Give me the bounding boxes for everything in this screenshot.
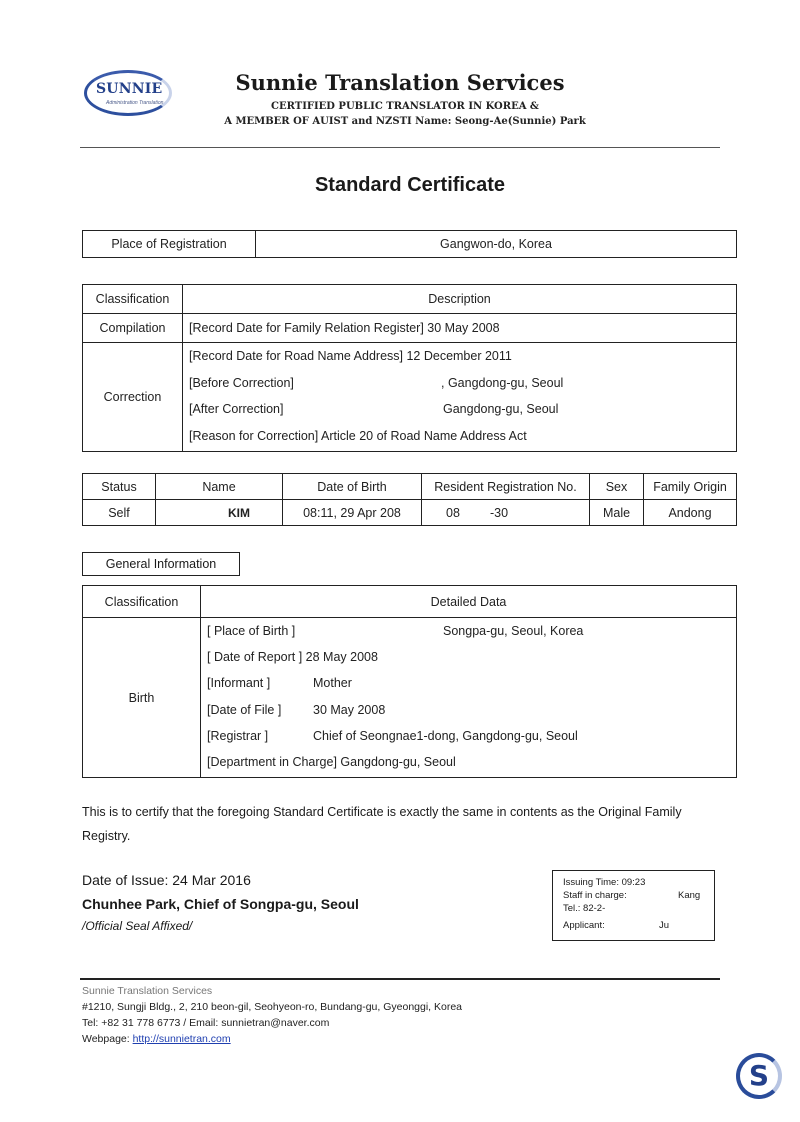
table-row: Compilation [Record Date for Family Rela… <box>83 314 737 343</box>
table-row: Place of Registration Gangwon-do, Korea <box>83 231 737 258</box>
footer: Sunnie Translation Services #1210, Sungj… <box>82 983 462 1047</box>
place-of-birth-label: [ Place of Birth ] <box>207 618 443 644</box>
before-correction-label: [Before Correction] <box>189 370 441 397</box>
person-table: Status Name Date of Birth Resident Regis… <box>82 473 737 526</box>
company-subtitle: CERTIFIED PUBLIC TRANSLATOR IN KOREA & A… <box>180 99 630 129</box>
sunnie-badge-icon: S <box>736 1053 782 1099</box>
informant-label: [Informant ] <box>207 670 313 696</box>
staff-value: Kang <box>678 889 700 902</box>
column-header-detailed-data: Detailed Data <box>201 586 737 618</box>
compilation-label: Compilation <box>83 314 183 343</box>
footer-divider <box>80 978 720 980</box>
classification-table: Classification Description Compilation [… <box>82 284 737 452</box>
correction-record-date: [Record Date for Road Name Address] 12 D… <box>183 343 736 370</box>
column-header-name: Name <box>156 474 283 500</box>
column-header-dob: Date of Birth <box>283 474 422 500</box>
person-status: Self <box>83 500 156 526</box>
registration-value: Gangwon-do, Korea <box>256 231 737 258</box>
department-in-charge: [Department in Charge] Gangdong-gu, Seou… <box>201 749 736 775</box>
informant-value: Mother <box>313 676 352 690</box>
column-header-description: Description <box>183 285 737 314</box>
before-correction: [Before Correction], Gangdong-gu, Seoul <box>183 370 736 397</box>
date-of-issue: Date of Issue: 24 Mar 2016 <box>82 872 251 888</box>
column-header-classification: Classification <box>83 285 183 314</box>
rrn-part1: 08 <box>446 506 490 520</box>
badge-letter: S <box>740 1059 778 1092</box>
footer-company: Sunnie Translation Services <box>82 983 462 999</box>
after-correction-label: [After Correction] <box>189 396 443 423</box>
birth-classification: Birth <box>83 618 201 778</box>
company-subtitle-line1: CERTIFIED PUBLIC TRANSLATOR IN KOREA & <box>180 99 630 114</box>
table-header-row: Classification Description <box>83 285 737 314</box>
registrar: [Registrar ]Chief of Seongnae1-dong, Gan… <box>201 723 736 749</box>
after-correction-value: Gangdong-gu, Seoul <box>443 402 558 416</box>
before-correction-value: , Gangdong-gu, Seoul <box>441 376 563 390</box>
person-dob: 08:11, 29 Apr 208 <box>283 500 422 526</box>
applicant-value: Ju <box>659 919 669 932</box>
correction-reason: [Reason for Correction] Article 20 of Ro… <box>183 423 736 450</box>
table-header-row: Classification Detailed Data <box>83 586 737 618</box>
table-row: Self KIM 08:11, 29 Apr 208 08-30 Male An… <box>83 500 737 526</box>
issuing-tel: Tel.: 82-2- <box>563 902 714 915</box>
footer-webpage: Webpage: http://sunnietran.com <box>82 1031 462 1047</box>
general-information-label: General Information <box>82 552 240 576</box>
date-of-file: [Date of File ]30 May 2008 <box>201 697 736 723</box>
staff-label: Staff in charge: <box>563 890 627 901</box>
applicant-label: Applicant: <box>563 920 605 931</box>
webpage-label: Webpage: <box>82 1033 133 1045</box>
certification-statement: This is to certify that the foregoing St… <box>82 800 732 848</box>
issuing-official: Chunhee Park, Chief of Songpa-gu, Seoul <box>82 896 359 912</box>
issuing-time: Issuing Time: 09:23 <box>563 876 714 889</box>
column-header-classification: Classification <box>83 586 201 618</box>
after-correction: [After Correction]Gangdong-gu, Seoul <box>183 396 736 423</box>
footer-contact: Tel: +82 31 778 6773 / Email: sunnietran… <box>82 1015 462 1031</box>
registration-table: Place of Registration Gangwon-do, Korea <box>82 230 737 258</box>
column-header-origin: Family Origin <box>644 474 737 500</box>
date-of-report: [ Date of Report ] 28 May 2008 <box>201 644 736 670</box>
company-subtitle-line2: A MEMBER OF AUIST and NZSTI Name: Seong-… <box>180 114 630 129</box>
person-name: KIM <box>156 500 283 526</box>
place-of-birth: [ Place of Birth ]Songpa-gu, Seoul, Kore… <box>201 618 736 644</box>
logo-subtext: Administration Translation <box>106 100 163 106</box>
informant: [Informant ]Mother <box>201 670 736 696</box>
person-rrn: 08-30 <box>422 500 590 526</box>
staff-in-charge: Staff in charge: Kang <box>563 889 714 902</box>
issuing-info-box: Issuing Time: 09:23 Staff in charge: Kan… <box>552 870 715 941</box>
general-information-table: Classification Detailed Data Birth [ Pla… <box>82 585 737 778</box>
webpage-link[interactable]: http://sunnietran.com <box>133 1033 231 1045</box>
date-of-file-value: 30 May 2008 <box>313 703 385 717</box>
sunnie-logo: SUNNIE Administration Translation <box>84 70 176 120</box>
registrar-value: Chief of Seongnae1-dong, Gangdong-gu, Se… <box>313 729 578 743</box>
document-title: Standard Certificate <box>80 174 740 197</box>
table-row: Correction [Record Date for Road Name Ad… <box>83 343 737 452</box>
compilation-text: [Record Date for Family Relation Registe… <box>183 315 736 342</box>
official-seal-note: /Official Seal Affixed/ <box>82 919 192 933</box>
person-origin: Andong <box>644 500 737 526</box>
table-header-row: Status Name Date of Birth Resident Regis… <box>83 474 737 500</box>
logo-text: SUNNIE <box>96 81 162 97</box>
header-divider <box>80 147 720 148</box>
column-header-rrn: Resident Registration No. <box>422 474 590 500</box>
place-of-birth-value: Songpa-gu, Seoul, Korea <box>443 624 583 638</box>
rrn-part2: -30 <box>490 506 508 520</box>
registrar-label: [Registrar ] <box>207 723 313 749</box>
correction-label: Correction <box>83 343 183 452</box>
table-row: Birth [ Place of Birth ]Songpa-gu, Seoul… <box>83 618 737 778</box>
registration-label: Place of Registration <box>83 231 256 258</box>
column-header-sex: Sex <box>590 474 644 500</box>
date-of-file-label: [Date of File ] <box>207 697 313 723</box>
person-sex: Male <box>590 500 644 526</box>
company-title: Sunnie Translation Services <box>180 70 620 95</box>
applicant: Applicant: Ju <box>563 919 714 932</box>
footer-address: #1210, Sungji Bldg., 2, 210 beon-gil, Se… <box>82 999 462 1015</box>
column-header-status: Status <box>83 474 156 500</box>
